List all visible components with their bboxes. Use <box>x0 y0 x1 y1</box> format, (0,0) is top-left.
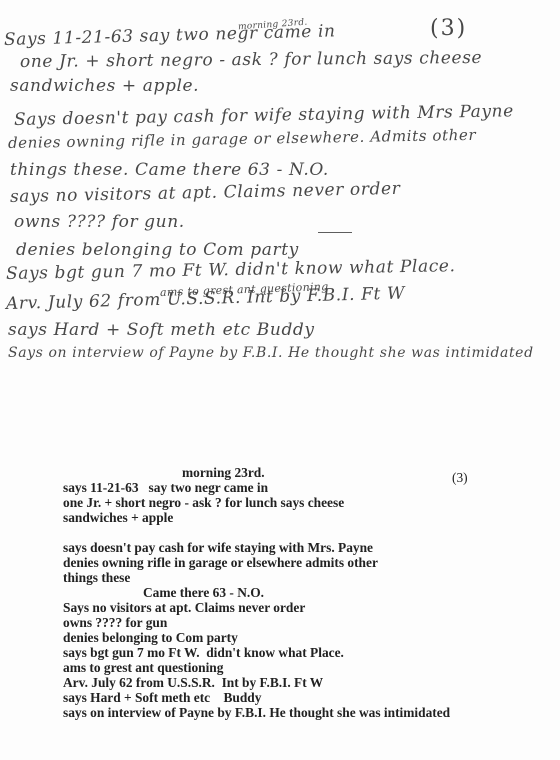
transcription-line: Arv. July 62 from U.S.S.R. Int by F.B.I.… <box>63 675 323 690</box>
handwritten-line: things these. Came there 63 - N.O. <box>10 160 329 180</box>
transcription-line: one Jr. + short negro - ask ? for lunch … <box>63 495 344 510</box>
transcription-line: ams to grest ant questioning <box>63 660 223 675</box>
transcription-line: says doesn't pay cash for wife staying w… <box>63 540 373 555</box>
handwritten-line: one Jr. + short negro - ask ? for lunch … <box>20 48 482 72</box>
handwritten-line: Says on interview of Payne by F.B.I. He … <box>8 345 534 361</box>
handwritten-line: Arv. July 62 from U.S.S.R. Int by F.B.I.… <box>6 284 406 314</box>
transcription-line: things these <box>63 570 130 585</box>
handwritten-line: says Hard + Soft meth etc Buddy <box>8 320 315 340</box>
transcription-line: says bgt gun 7 mo Ft W. didn't know what… <box>63 645 344 660</box>
handwritten-line: denies belonging to Com party <box>16 240 299 260</box>
transcription-page-number: (3) <box>452 470 468 486</box>
transcription-line: says Hard + Soft meth etc Buddy <box>63 690 261 705</box>
transcription-header: morning 23rd. <box>182 465 265 481</box>
handwritten-line: owns ???? for gun. <box>14 212 185 232</box>
transcription-line: Says no visitors at apt. Claims never or… <box>63 600 305 615</box>
document-page: morning 23rd. (3) Says 11-21-63 say two … <box>0 0 560 760</box>
handwritten-notes: morning 23rd. (3) Says 11-21-63 say two … <box>0 0 560 370</box>
transcription-line: says on interview of Payne by F.B.I. He … <box>63 705 450 720</box>
transcription-line: sandwiches + apple <box>63 510 173 525</box>
handwritten-underline <box>318 232 352 233</box>
transcription-line: denies owning rifle in garage or elsewhe… <box>63 555 378 570</box>
transcription-line: denies belonging to Com party <box>63 630 238 645</box>
handwritten-line: denies owning rifle in garage or elsewhe… <box>8 126 476 152</box>
handwritten-page-number: (3) <box>430 16 467 41</box>
transcription-line: Came there 63 - N.O. <box>143 585 264 600</box>
handwritten-line: Says bgt gun 7 mo Ft W. didn't know what… <box>6 256 456 284</box>
transcription-line: says 11-21-63 say two negr came in <box>63 480 268 495</box>
handwritten-line: sandwiches + apple. <box>10 76 199 96</box>
handwritten-line: Says 11-21-63 say two negr came in <box>4 21 336 50</box>
handwritten-line: says no visitors at apt. Claims never or… <box>10 179 401 207</box>
transcription-line: owns ???? for gun <box>63 615 167 630</box>
